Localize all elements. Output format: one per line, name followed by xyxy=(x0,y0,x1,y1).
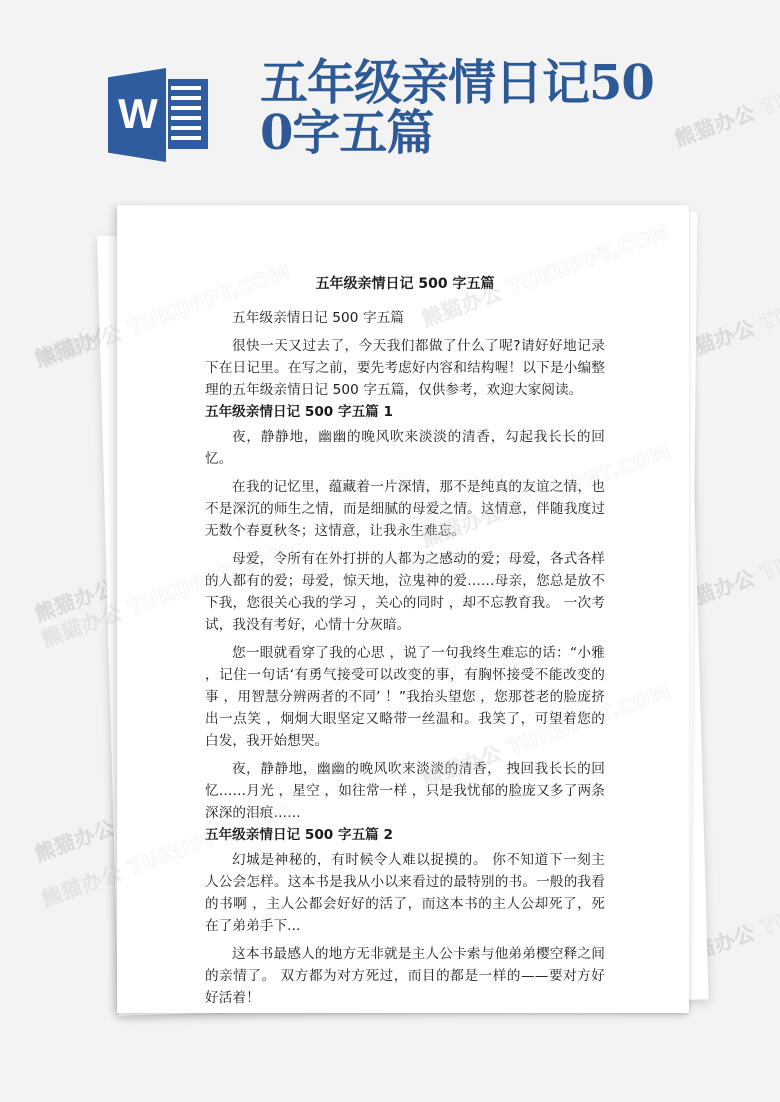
paragraph: 这本书最感人的地方无非就是主人公卡索与他弟弟樱空释之间的亲情了。 双方都为对方死… xyxy=(205,943,605,1009)
word-icon-lines xyxy=(168,79,208,149)
document-page: 五年级亲情日记 500 字五篇 五年级亲情日记 500 字五篇 很快一天又过去了… xyxy=(117,205,689,1013)
paragraph: 五年级亲情日记 500 字五篇 xyxy=(205,307,605,329)
section-heading: 五年级亲情日记 500 字五篇 1 xyxy=(205,401,605,423)
paragraph: 母爱，令所有在外打拼的人都为之感动的爱；母爱，各式各样的人都有的爱；母爱，惊天地… xyxy=(205,548,605,636)
word-icon: W xyxy=(108,68,208,162)
page-title: 五年级亲情日记500字五篇 xyxy=(260,58,660,158)
section-heading: 五年级亲情日记 500 字五篇 2 xyxy=(205,824,605,846)
paragraph: 夜，静静地，幽幽的晚风吹来淡淡的清香，勾起我长长的回忆。 xyxy=(205,426,605,470)
word-icon-letter: W xyxy=(117,92,159,136)
paragraph: 在我的记忆里，蕴藏着一片深情，那不是纯真的友谊之情，也不是深沉的师生之情，而是细… xyxy=(205,476,605,542)
document-title: 五年级亲情日记 500 字五篇 xyxy=(205,273,605,295)
word-icon-cover: W xyxy=(108,68,166,162)
paragraph: 很快一天又过去了，今天我们都做了什么了呢?请好好地记录下在日记里。在写之前，要先… xyxy=(205,335,605,401)
header: W 五年级亲情日记500字五篇 xyxy=(0,0,780,190)
paragraph: 夜，静静地，幽幽的晚风吹来淡淡的清香， 拽回我长长的回忆……月光 ，星空 ，如往… xyxy=(205,758,605,824)
paragraph: 您一眼就看穿了我的心思 ，说了一句我终生难忘的话：“小雅 ，记住一句话‘有勇气接… xyxy=(205,642,605,752)
document-body: 五年级亲情日记 500 字五篇 五年级亲情日记 500 字五篇 很快一天又过去了… xyxy=(205,273,605,1015)
paragraph: 幻城是神秘的，有时候令人难以捉摸的。 你不知道下一刻主人公会怎样。这本书是我从小… xyxy=(205,849,605,937)
